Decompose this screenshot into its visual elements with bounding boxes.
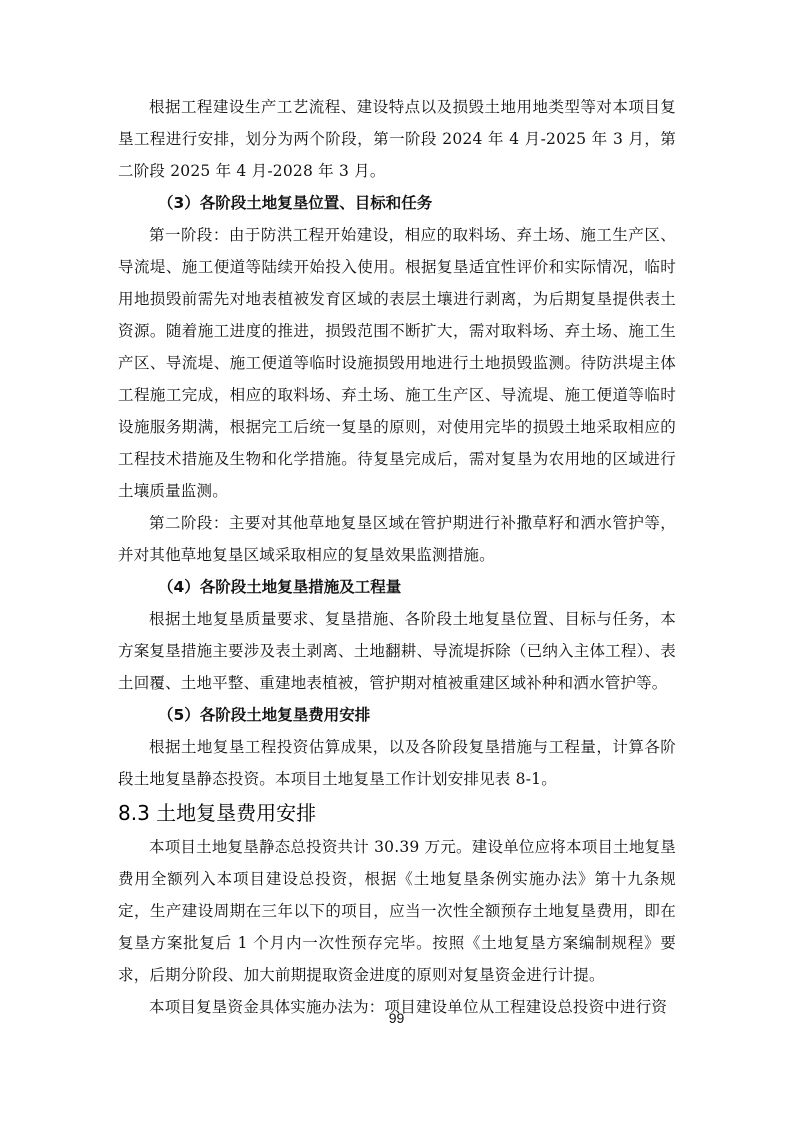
page-content: 根据工程建设生产工艺流程、建设特点以及损毁土地用地类型等对本项目复垦工程进行安排…: [118, 91, 676, 1023]
subheading-measures: （4）各阶段土地复垦措施及工程量: [118, 571, 676, 603]
paragraph-measures: 根据土地复垦质量要求、复垦措施、各阶段土地复垦位置、目标与任务，本方案复垦措施主…: [118, 603, 676, 699]
paragraph-phase-two: 第二阶段：主要对其他草地复垦区域在管护期进行补撒草籽和洒水管护等，并对其他草地复…: [118, 507, 676, 571]
section-heading-8-3: 8.3 土地复垦费用安排: [118, 795, 676, 831]
paragraph-costs: 根据土地复垦工程投资估算成果，以及各阶段复垦措施与工程量，计算各阶段土地复垦静态…: [118, 731, 676, 795]
paragraph-schedule: 根据工程建设生产工艺流程、建设特点以及损毁土地用地类型等对本项目复垦工程进行安排…: [118, 91, 676, 187]
subheading-location-goals: （3）各阶段土地复垦位置、目标和任务: [118, 187, 676, 219]
paragraph-phase-one: 第一阶段：由于防洪工程开始建设，相应的取料场、弃土场、施工生产区、导流堤、施工便…: [118, 219, 676, 507]
page-number: 99: [0, 1010, 793, 1026]
document-page: 根据工程建设生产工艺流程、建设特点以及损毁土地用地类型等对本项目复垦工程进行安排…: [0, 0, 793, 1122]
subheading-costs: （5）各阶段土地复垦费用安排: [118, 699, 676, 731]
paragraph-total-investment: 本项目土地复垦静态总投资共计 30.39 万元。建设单位应将本项目土地复垦费用全…: [118, 831, 676, 991]
